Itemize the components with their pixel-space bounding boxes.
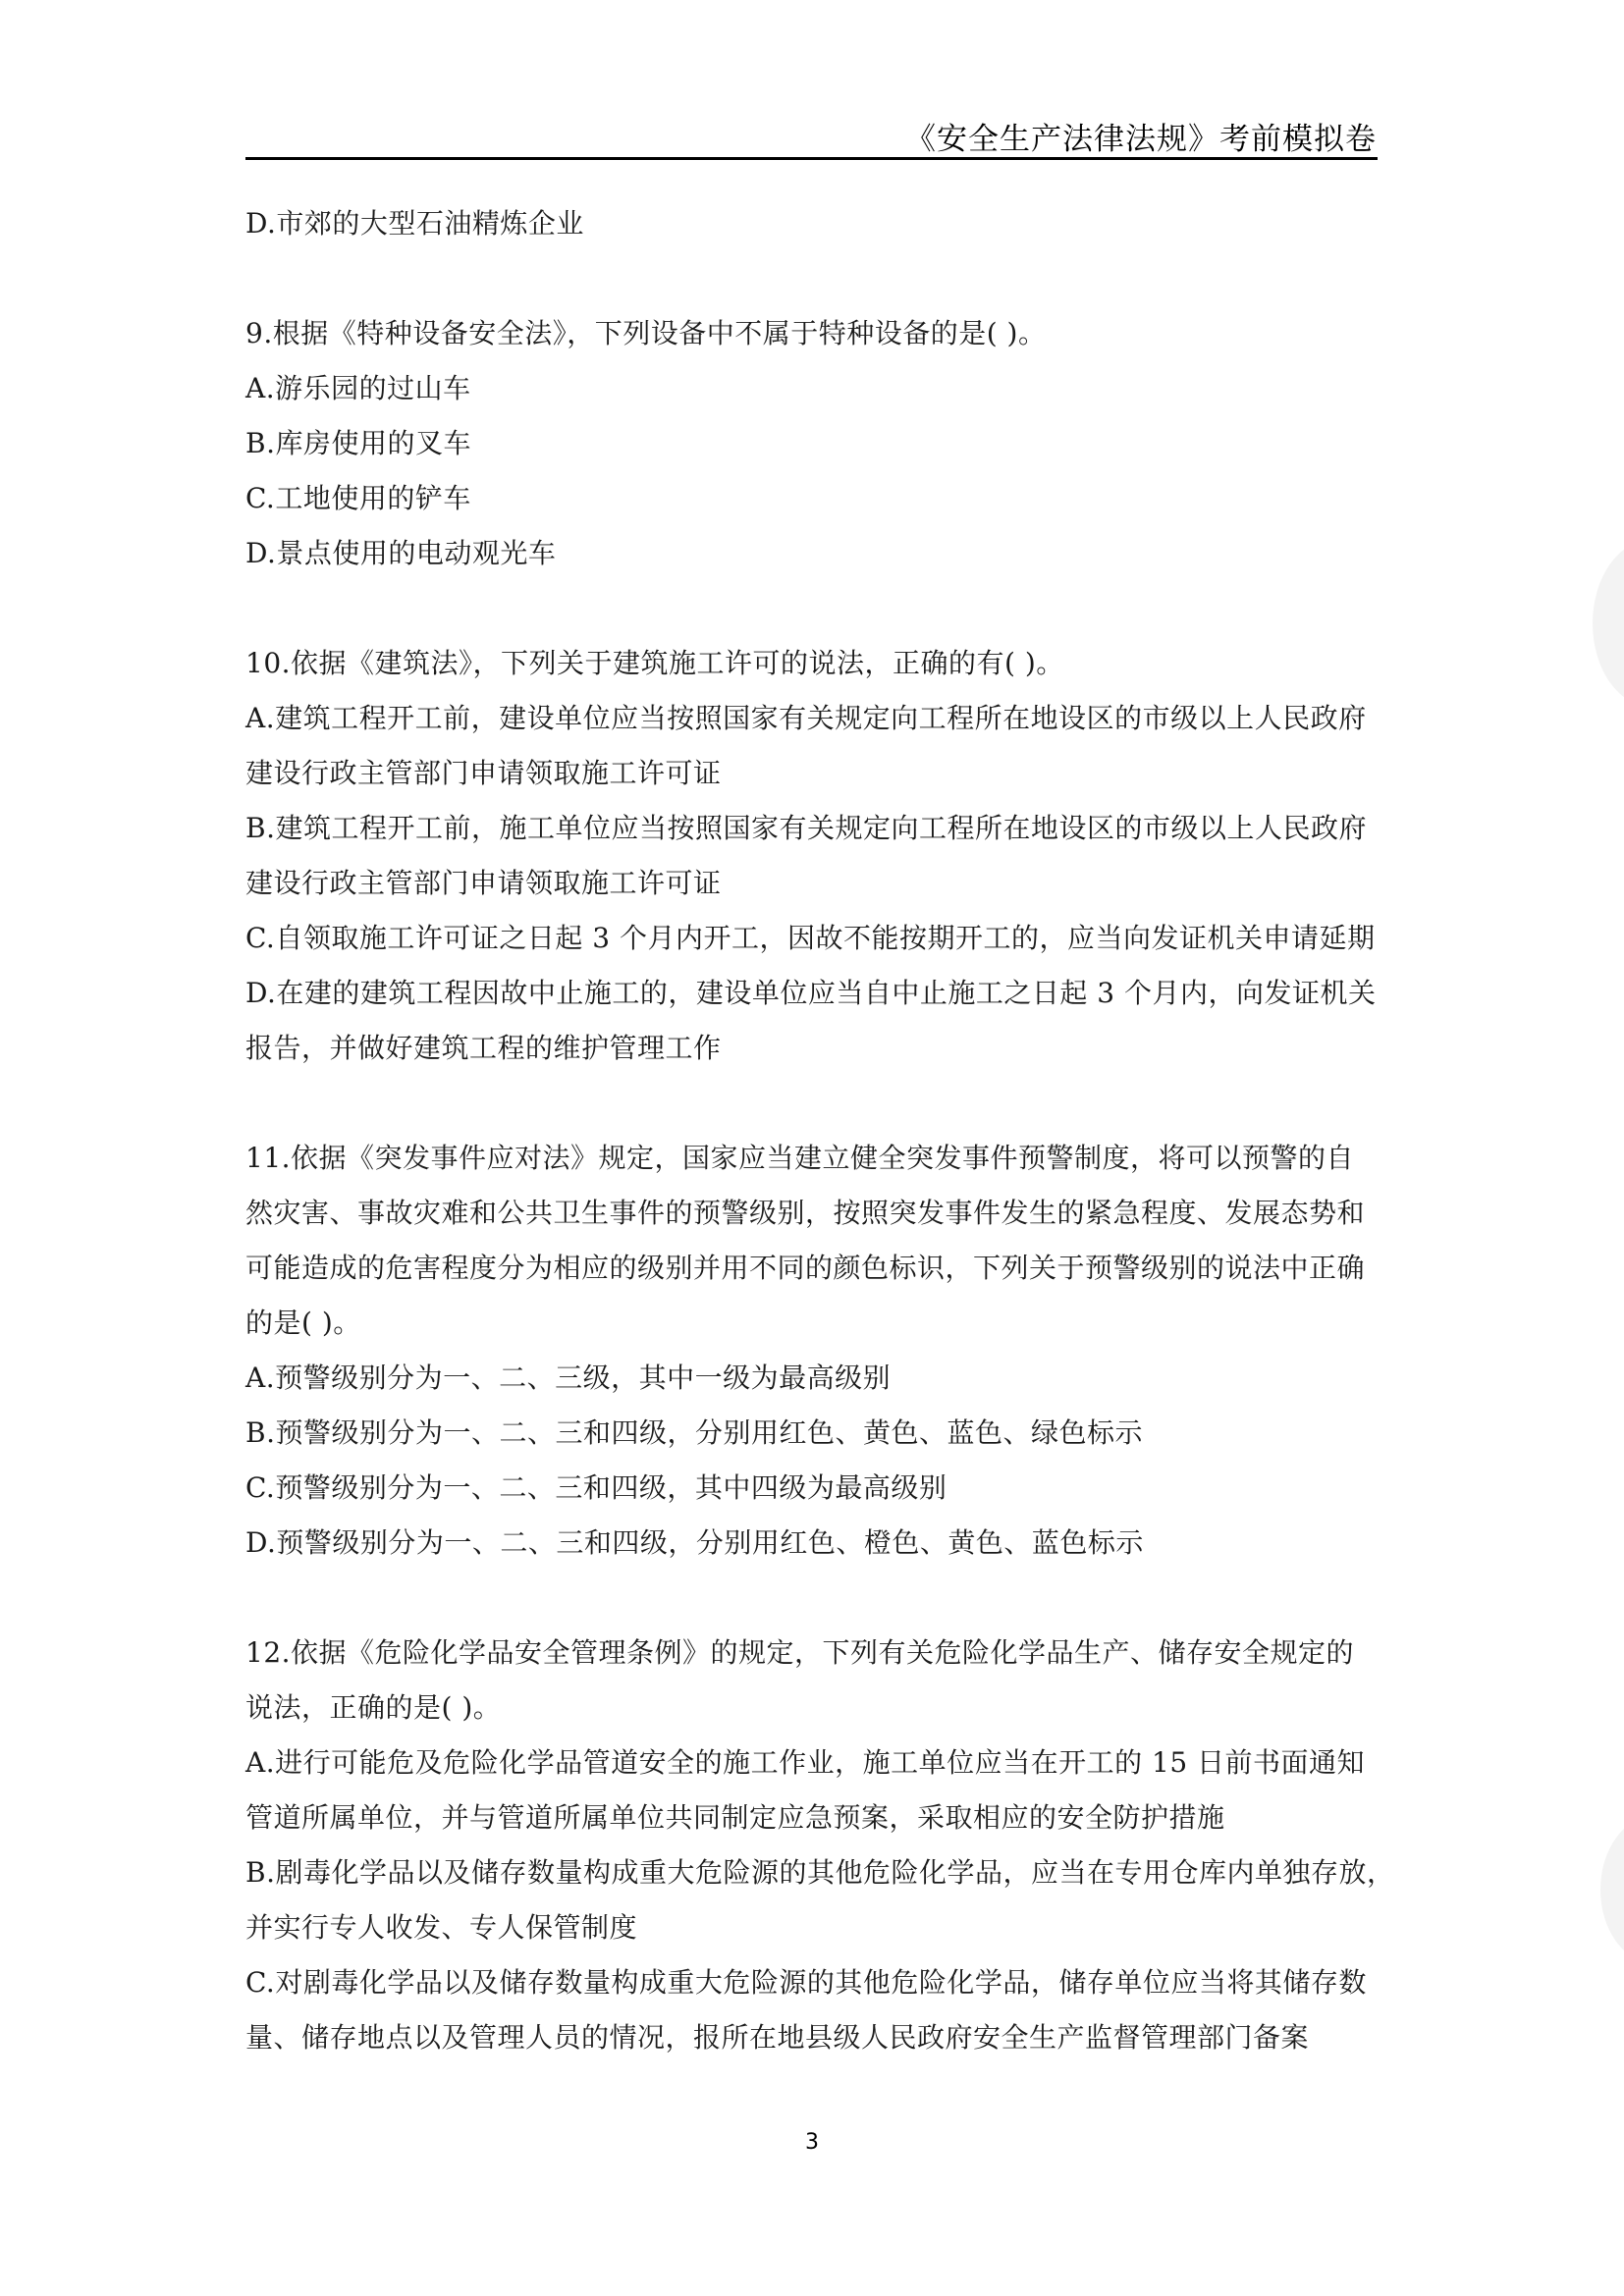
document-body: D.市郊的大型石油精炼企业 9.根据《特种设备安全法》，下列设备中不属于特种设备…: [245, 204, 1384, 2073]
header-divider: [245, 157, 1378, 160]
question-stem: 10.依据《建筑法》，下列关于建筑施工许可的说法，正确的有( )。: [245, 644, 1384, 699]
option-d-continued: 报告，并做好建筑工程的维护管理工作: [245, 1029, 1384, 1084]
question-9: 9.根据《特种设备安全法》，下列设备中不属于特种设备的是( )。 A.游乐园的过…: [245, 314, 1384, 589]
carryover-option-d: D.市郊的大型石油精炼企业: [245, 204, 1384, 259]
option-b-continued: 建设行政主管部门申请领取施工许可证: [245, 864, 1384, 919]
option-d: D.景点使用的电动观光车: [245, 534, 1384, 589]
option-a: A.建筑工程开工前，建设单位应当按照国家有关规定向工程所在地设区的市级以上人民政…: [245, 699, 1384, 754]
question-stem-continued: 说法，正确的是( )。: [245, 1688, 1384, 1743]
question-stem: 11.依据《突发事件应对法》规定，国家应当建立健全突发事件预警制度，将可以预警的…: [245, 1139, 1384, 1194]
option-c: C.自领取施工许可证之日起 3 个月内开工，因故不能按期开工的，应当向发证机关申…: [245, 919, 1384, 974]
option-a: A.预警级别分为一、二、三级，其中一级为最高级别: [245, 1359, 1384, 1414]
question-stem-continued: 可能造成的危害程度分为相应的级别并用不同的颜色标识，下列关于预警级别的说法中正确: [245, 1249, 1384, 1304]
page-header-title: 《安全生产法律法规》考前模拟卷: [905, 114, 1377, 158]
option-d: D.预警级别分为一、二、三和四级，分别用红色、橙色、黄色、蓝色标示: [245, 1523, 1384, 1578]
option-c: C.工地使用的铲车: [245, 479, 1384, 534]
option-b: B.预警级别分为一、二、三和四级，分别用红色、黄色、蓝色、绿色标示: [245, 1414, 1384, 1468]
spacer: [245, 1578, 1384, 1633]
option-d: D.在建的建筑工程因故中止施工的，建设单位应当自中止施工之日起 3 个月内，向发…: [245, 974, 1384, 1029]
option-c: C.预警级别分为一、二、三和四级，其中四级为最高级别: [245, 1468, 1384, 1523]
spacer: [245, 589, 1384, 644]
question-stem-continued: 然灾害、事故灾难和公共卫生事件的预警级别，按照突发事件发生的紧急程度、发展态势和: [245, 1194, 1384, 1249]
spacer: [245, 1084, 1384, 1139]
question-12: 12.依据《危险化学品安全管理条例》的规定，下列有关危险化学品生产、储存安全规定…: [245, 1633, 1384, 2073]
spacer: [245, 259, 1384, 314]
option-c-continued: 量、储存地点以及管理人员的情况，报所在地县级人民政府安全生产监督管理部门备案: [245, 2018, 1384, 2073]
option-a: A.进行可能危及危险化学品管道安全的施工作业，施工单位应当在开工的 15 日前书…: [245, 1743, 1384, 1798]
question-10: 10.依据《建筑法》，下列关于建筑施工许可的说法，正确的有( )。 A.建筑工程…: [245, 644, 1384, 1084]
option-b-continued: 并实行专人收发、专人保管制度: [245, 1908, 1384, 1963]
question-stem: 9.根据《特种设备安全法》，下列设备中不属于特种设备的是( )。: [245, 314, 1384, 369]
option-c: C.对剧毒化学品以及储存数量构成重大危险源的其他危险化学品，储存单位应当将其储存…: [245, 1963, 1384, 2018]
option-b: B.建筑工程开工前，施工单位应当按照国家有关规定向工程所在地设区的市级以上人民政…: [245, 809, 1384, 864]
question-11: 11.依据《突发事件应对法》规定，国家应当建立健全突发事件预警制度，将可以预警的…: [245, 1139, 1384, 1578]
decorative-circle-upper: [1593, 540, 1624, 707]
decorative-circle-lower: [1600, 1816, 1624, 1963]
question-stem-continued: 的是( )。: [245, 1304, 1384, 1359]
page-number: 3: [0, 2130, 1624, 2155]
option-a-continued: 管道所属单位，并与管道所属单位共同制定应急预案，采取相应的安全防护措施: [245, 1798, 1384, 1853]
option-b: B.库房使用的叉车: [245, 424, 1384, 479]
option-a-continued: 建设行政主管部门申请领取施工许可证: [245, 754, 1384, 809]
question-stem: 12.依据《危险化学品安全管理条例》的规定，下列有关危险化学品生产、储存安全规定…: [245, 1633, 1384, 1688]
option-a: A.游乐园的过山车: [245, 369, 1384, 424]
option-b: B.剧毒化学品以及储存数量构成重大危险源的其他危险化学品，应当在专用仓库内单独存…: [245, 1853, 1384, 1908]
